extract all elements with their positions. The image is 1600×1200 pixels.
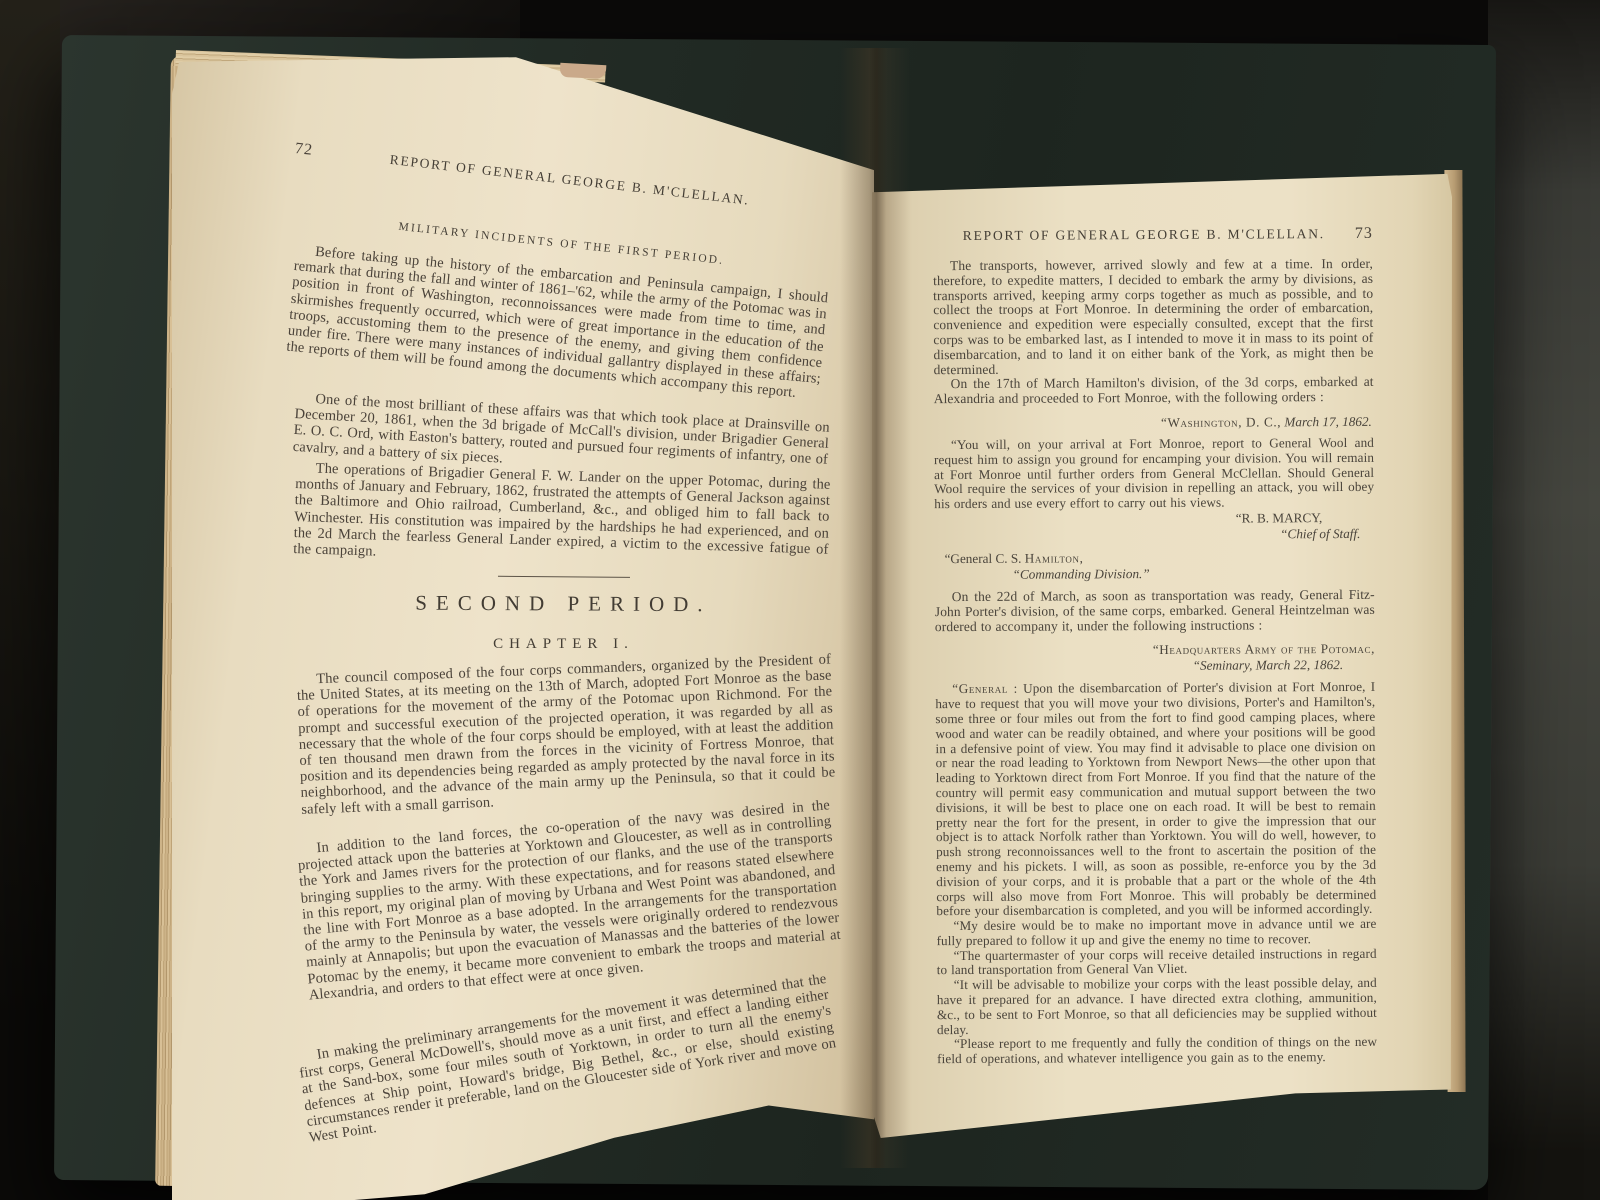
letter1-body: “You will, on your arrival at Fort Monro… — [934, 436, 1374, 512]
left-paragraph-4: The council composed of the four corps c… — [296, 651, 836, 817]
left-page-number: 72 — [294, 140, 314, 160]
background-right — [1488, 0, 1600, 1200]
letter2-paragraph-5: “Please report to me frequently and full… — [937, 1035, 1377, 1067]
letter1-dateline: “Washington, D. C., March 17, 1862. — [934, 414, 1372, 432]
letter2-dateline: “Seminary, March 22, 1862. — [935, 657, 1343, 675]
letter1-signature-name: “R. B. MARCY, — [934, 510, 1322, 528]
right-paragraph-2: On the 17th of March Hamilton's division… — [934, 375, 1374, 407]
right-page-text: REPORT OF GENERAL GEORGE B. M'CLELLAN. 7… — [933, 225, 1377, 1067]
right-page-number: 73 — [1355, 225, 1373, 243]
right-running-header: REPORT OF GENERAL GEORGE B. M'CLELLAN. — [933, 226, 1355, 244]
letter2-paragraph-3: “The quartermaster of your corps will re… — [937, 947, 1377, 979]
letter2-paragraph-4: “It will be advisable to mobilize your c… — [937, 976, 1377, 1037]
letter1-signature-title: “Chief of Staff. — [934, 526, 1360, 544]
right-paragraph-1: The transports, however, arrived slowly … — [933, 257, 1374, 378]
book-gutter-shadow — [840, 48, 910, 1168]
chapter-heading: CHAPTER I. — [296, 636, 831, 653]
page-tear — [560, 63, 607, 79]
right-paragraph-3: On the 22d of March, as soon as transpor… — [935, 588, 1375, 635]
background-left — [0, 0, 60, 1200]
period-heading: SECOND PERIOD. — [296, 590, 831, 618]
left-paragraph-3: The operations of Brigadier General F. W… — [293, 460, 831, 574]
letter2-paragraph-1: “General : Upon the disembarcation of Po… — [935, 680, 1376, 919]
letter2-paragraph-2: “My desire would be to make no important… — [936, 917, 1376, 949]
photo-of-open-book: 72 REPORT OF GENERAL GEORGE B. M'CLELLAN… — [0, 0, 1600, 1200]
letter1-addressee-title: “Commanding Division.” — [1013, 565, 1375, 583]
